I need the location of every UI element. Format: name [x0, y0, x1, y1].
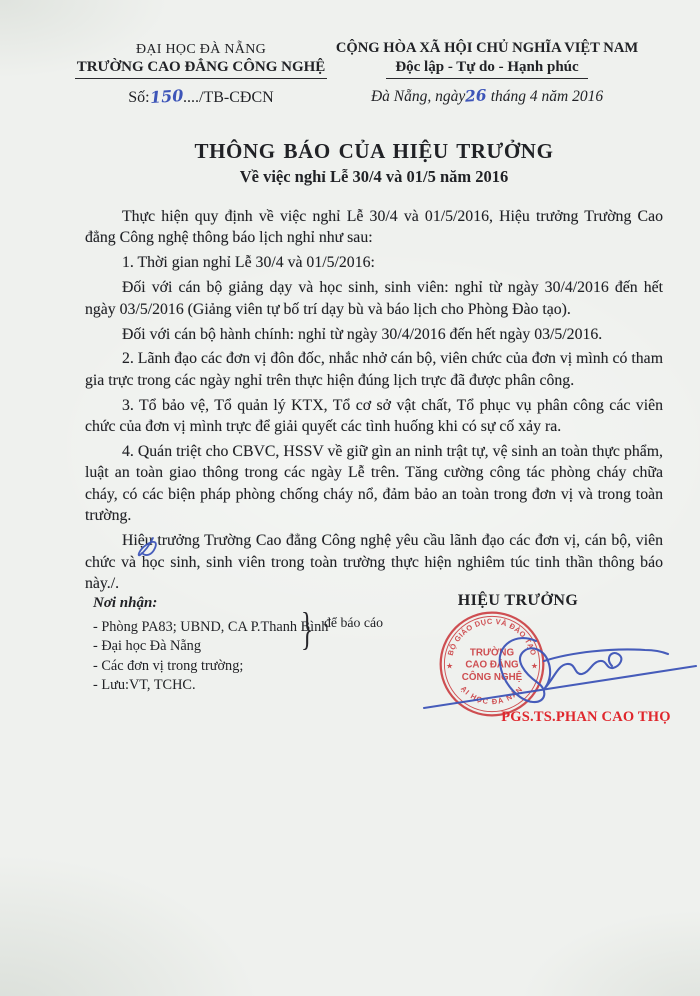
paragraph: 3. Tổ bảo vệ, Tổ quản lý KTX, Tổ cơ sở v… — [85, 395, 663, 438]
issuing-org-block: ĐẠI HỌC ĐÀ NẴNG TRƯỜNG CAO ĐẲNG CÔNG NGH… — [55, 42, 347, 107]
document-number: Số:150..../TB-CĐCN — [55, 87, 347, 107]
paragraph: Đối với cán bộ hành chính: nghỉ từ ngày … — [85, 324, 663, 345]
paragraph: 2. Lãnh đạo các đơn vị đôn đốc, nhắc nhở… — [85, 348, 663, 391]
university-name: ĐẠI HỌC ĐÀ NẴNG — [55, 42, 347, 58]
document-number-prefix: Số: — [128, 89, 149, 106]
notice-title: THÔNG BÁO CỦA HIỆU TRƯỞNG — [85, 139, 663, 164]
independence-motto: Độc lập - Tự do - Hạnh phúc — [386, 59, 587, 79]
date-prefix: Đà Nẵng, ngày — [371, 88, 465, 105]
star-icon: ★ — [446, 662, 453, 671]
paragraph: 4. Quán triệt cho CBVC, HSSV về giữ gìn … — [85, 441, 663, 527]
seal-center-line2: CAO ĐẲNG — [465, 659, 519, 671]
title-block: THÔNG BÁO CỦA HIỆU TRƯỞNG Về việc nghỉ L… — [85, 139, 663, 187]
date-line: Đà Nẵng, ngày26 tháng 4 năm 2016 — [328, 86, 646, 106]
signer-name: PGS.TS.PHAN CAO THỌ — [498, 709, 674, 726]
document-number-suffix: ..../TB-CĐCN — [183, 89, 274, 106]
paragraph: Hiệu trưởng Trường Cao đẳng Công nghệ yê… — [85, 530, 663, 594]
signature-flourish — [544, 649, 668, 661]
handwritten-document-number: 150 — [149, 86, 184, 107]
official-seal: BỘ GIÁO DỤC VÀ ĐÀO TẠO ĐẠI HỌC ĐÀ NẴNG ★… — [436, 608, 548, 720]
seal-center-line1: TRƯỜNG — [470, 647, 515, 659]
date-suffix: tháng 4 năm 2016 — [491, 88, 603, 105]
seal-center-line3: CÔNG NGHỆ — [462, 671, 523, 683]
national-motto: CỘNG HÒA XÃ HỘI CHỦ NGHĨA VIỆT NAM — [328, 40, 646, 57]
notice-body: Thực hiện quy định về việc nghỉ Lễ 30/4 … — [85, 206, 663, 598]
national-header-block: CỘNG HÒA XÃ HỘI CHỦ NGHĨA VIỆT NAM Độc l… — [328, 40, 646, 106]
paragraph: Thực hiện quy định về việc nghỉ Lễ 30/4 … — [85, 206, 663, 249]
handwritten-day: 26 — [465, 85, 488, 105]
recipients-brace: } — [301, 606, 313, 652]
recipients-note: để báo cáo — [324, 615, 383, 631]
paragraph: Đối với cán bộ giảng dạy và học sinh, si… — [85, 277, 663, 320]
recipient-item: - Lưu:VT, TCHC. — [93, 676, 343, 696]
school-name: TRƯỜNG CAO ĐẲNG CÔNG NGHỆ — [75, 59, 328, 79]
recipient-item: - Các đơn vị trong trường; — [93, 657, 343, 677]
paragraph: 1. Thời gian nghỉ Lễ 30/4 và 01/5/2016: — [85, 252, 663, 273]
notice-subtitle: Về việc nghỉ Lễ 30/4 và 01/5 năm 2016 — [85, 167, 663, 187]
scanned-document-page: ĐẠI HỌC ĐÀ NẴNG TRƯỜNG CAO ĐẲNG CÔNG NGH… — [0, 0, 700, 996]
star-icon: ★ — [531, 662, 538, 671]
